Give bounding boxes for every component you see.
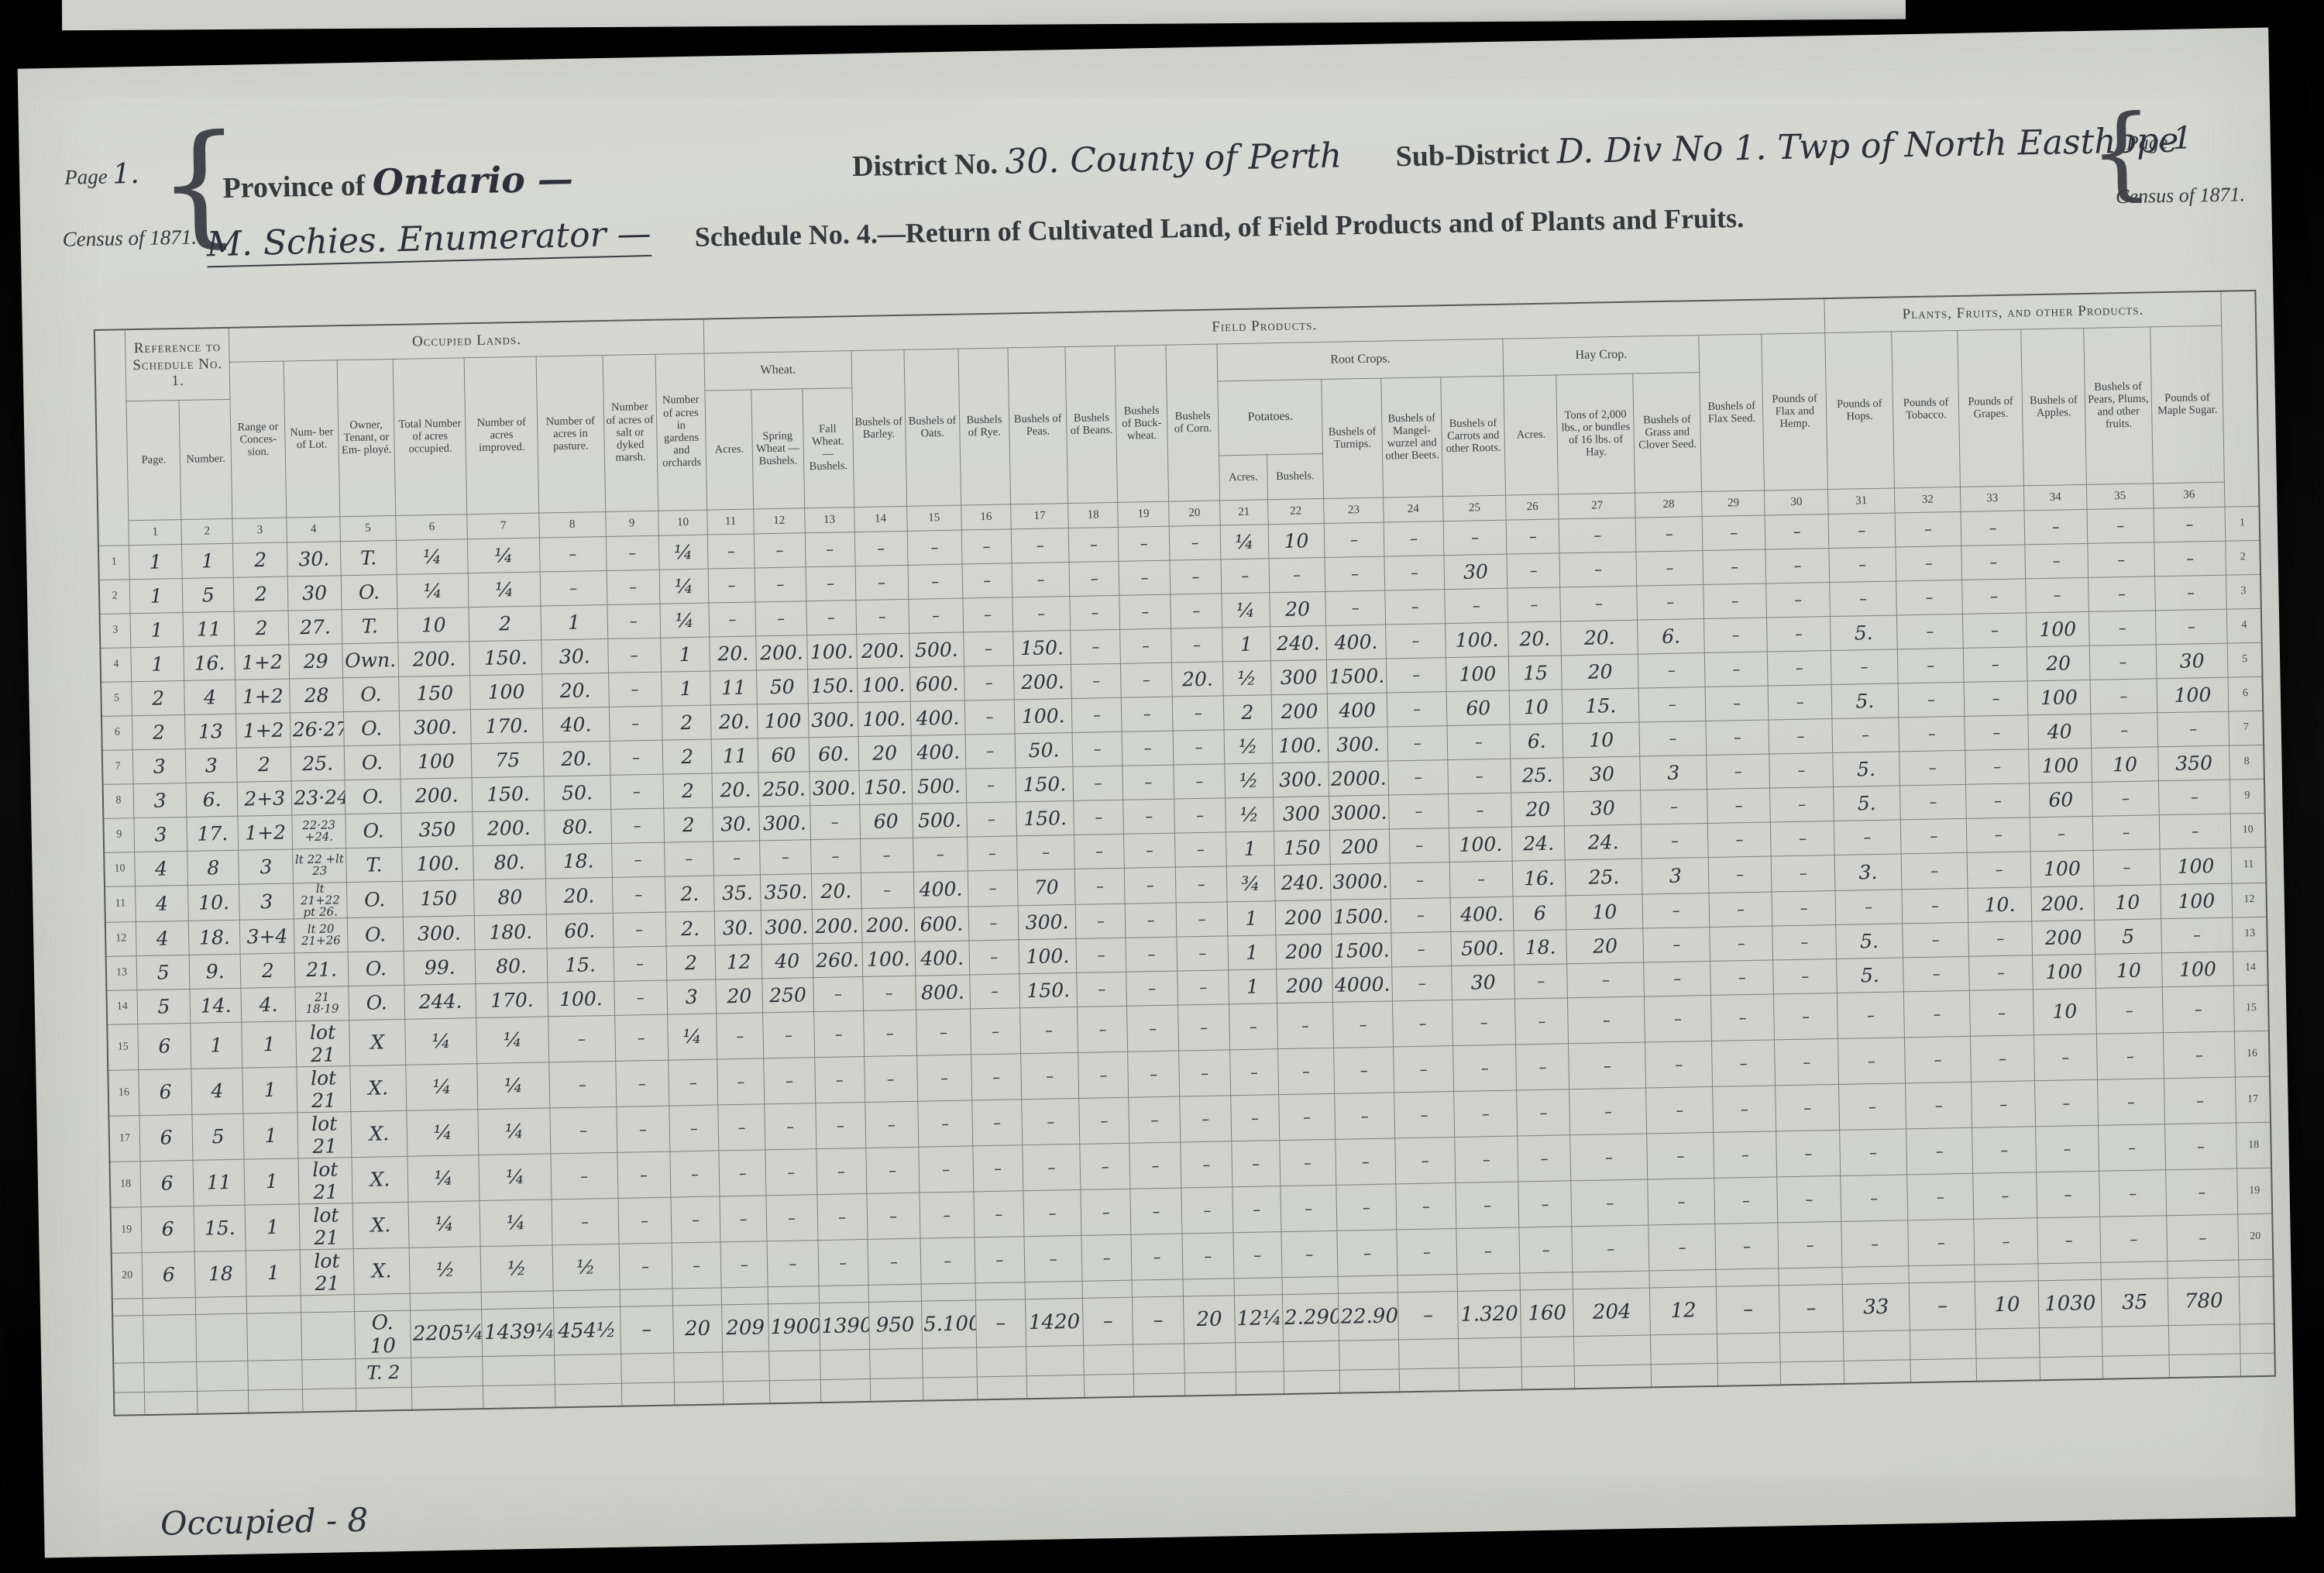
table-cell: 3	[1640, 755, 1707, 790]
table-cell	[482, 1290, 554, 1309]
table-cell: ½	[1222, 660, 1270, 695]
header-flax-hemp: Pounds of Flax and Hemp.	[1762, 332, 1827, 490]
table-cell: –	[1130, 1188, 1182, 1234]
table-cell: –	[1906, 1127, 1973, 1175]
table-cell: –	[1452, 999, 1515, 1045]
row-number-right: 3	[2226, 574, 2261, 609]
table-cell	[2038, 1262, 2102, 1280]
table-cell: 20	[1566, 928, 1644, 964]
table-cell: 6	[141, 1206, 194, 1252]
table-cell: –	[1709, 891, 1772, 926]
table-cell: 50	[756, 669, 808, 704]
table-cell	[554, 1354, 621, 1385]
table-cell	[1133, 1343, 1185, 1373]
table-cell: –	[1702, 515, 1765, 550]
table-cell: –	[1078, 1052, 1129, 1098]
table-cell: –	[1020, 1052, 1079, 1099]
table-cell: –	[1643, 927, 1710, 962]
table-cell	[1910, 1329, 1976, 1360]
table-cell: O. 10	[354, 1310, 411, 1358]
table-cell: 18.	[545, 843, 612, 879]
table-cell	[301, 1294, 355, 1312]
table-cell: 4	[136, 921, 189, 955]
table-cell: 30	[1564, 790, 1642, 826]
table-cell: –	[2161, 917, 2233, 953]
table-cell: –	[1334, 1046, 1394, 1093]
table-cell: 2.290	[1282, 1293, 1339, 1341]
table-cell: 30.	[287, 541, 341, 576]
table-cell: 60.	[546, 913, 614, 948]
header-root-group: Root Crops.	[1217, 339, 1504, 381]
table-cell	[621, 1353, 674, 1383]
table-cell: 3	[239, 848, 294, 883]
table-cell: –	[1567, 962, 1645, 998]
table-cell: 200	[1271, 694, 1328, 728]
column-number: 8	[539, 511, 606, 538]
table-cell: –	[1895, 511, 1962, 547]
column-number: 27	[1559, 493, 1635, 519]
table-cell: –	[1896, 614, 1964, 649]
table-cell	[673, 1351, 724, 1382]
table-cell: 6.	[1638, 618, 1705, 654]
table-cell: 100	[2028, 748, 2092, 783]
table-cell: 15.	[194, 1205, 246, 1251]
table-cell: 1+2	[238, 814, 293, 849]
table-cell: –	[1397, 1291, 1458, 1339]
table-cell: –	[1133, 1296, 1184, 1344]
province-label: Province of	[222, 170, 366, 205]
table-cell: ¼	[476, 1016, 548, 1063]
table-cell: ¼	[480, 1199, 552, 1246]
column-number: 21	[1220, 499, 1268, 525]
table-cell: –	[1449, 793, 1512, 828]
table-cell: 1	[245, 1203, 300, 1250]
table-cell: –	[1559, 518, 1637, 553]
table-cell: 3.	[1834, 853, 1902, 890]
table-cell: –	[1389, 828, 1449, 862]
table-cell: –	[861, 872, 914, 908]
table-cell: 18.	[1514, 929, 1567, 964]
table-cell: 10	[1563, 722, 1640, 758]
row-number-left: 1	[98, 545, 129, 580]
table-cell: –	[1171, 593, 1222, 628]
column-number: 22	[1267, 498, 1324, 524]
table-cell	[1457, 1273, 1521, 1291]
table-cell: 5	[2095, 918, 2162, 954]
schedule-4-table: Reference to Schedule No. 1. Occupied La…	[94, 290, 2276, 1416]
table-cell: 25.	[291, 745, 345, 780]
table-cell: 200	[1275, 900, 1332, 935]
column-number: 2	[181, 518, 233, 544]
table-cell	[975, 1282, 1025, 1299]
table-cell: 30	[2156, 643, 2228, 679]
row-number-right: 20	[2238, 1213, 2273, 1260]
table-cell: –	[918, 1145, 973, 1192]
table-cell: 2	[240, 952, 295, 987]
table-cell: 1	[131, 646, 184, 681]
enumerator-signature: M. Schies. Enumerator —	[206, 214, 651, 268]
table-cell: 16.	[1512, 859, 1566, 896]
table-cell: –	[1011, 528, 1070, 563]
table-cell: –	[1384, 521, 1444, 556]
table-cell: 300.	[761, 909, 813, 944]
table-cell: –	[806, 566, 856, 601]
table-cell: –	[816, 1148, 867, 1194]
table-cell: 244.	[404, 983, 476, 1019]
table-cell: –	[860, 838, 913, 873]
table-cell: 300.	[1018, 904, 1077, 939]
table-cell: 2.	[665, 910, 716, 945]
table-cell: –	[814, 1056, 865, 1103]
table-cell: –	[2159, 814, 2231, 849]
table-cell	[144, 1361, 198, 1392]
table-cell: –	[1899, 784, 1967, 820]
table-cell: –	[2095, 986, 2163, 1034]
table-cell: –	[1963, 612, 2027, 647]
table-cell: 80.	[473, 844, 545, 879]
table-cell: O.	[345, 813, 401, 848]
table-cell: –	[1829, 546, 1896, 582]
table-cell: –	[1772, 924, 1836, 959]
table-cell: –	[1177, 935, 1229, 970]
table-cell: –	[817, 1193, 868, 1240]
table-cell: –	[1965, 714, 2028, 749]
row-number-left: 8	[103, 783, 134, 818]
table-cell: –	[1772, 890, 1835, 925]
table-cell	[1573, 1270, 1649, 1289]
table-cell: –	[1232, 1186, 1281, 1232]
table-cell	[1282, 1276, 1339, 1294]
table-cell: –	[961, 528, 1012, 563]
table-cell: ½	[1224, 728, 1272, 763]
table-cell: –	[1901, 852, 1968, 890]
table-cell	[1716, 1268, 1779, 1286]
table-cell	[303, 1388, 356, 1412]
column-number: 17	[1010, 503, 1068, 528]
table-cell: –	[1515, 997, 1569, 1044]
table-cell: –	[970, 973, 1020, 1008]
table-cell: –	[1022, 1144, 1081, 1190]
table-cell: –	[1076, 938, 1126, 972]
table-cell: –	[1387, 691, 1447, 726]
table-cell	[722, 1286, 768, 1304]
district-label: District No.	[852, 148, 999, 183]
table-cell: O.	[346, 881, 403, 917]
table-cell: 300	[1273, 796, 1329, 831]
table-cell: ¼	[408, 1200, 480, 1248]
table-cell: –	[1707, 753, 1770, 788]
table-cell: –	[1560, 586, 1638, 621]
table-cell: –	[1770, 786, 1834, 821]
table-cell: –	[1648, 1224, 1716, 1271]
table-cell: –	[1182, 1232, 1234, 1279]
table-cell: –	[1171, 627, 1223, 662]
table-header: Reference to Schedule No. 1. Occupied La…	[95, 291, 2260, 546]
table-cell: –	[1397, 1228, 1457, 1275]
table-cell: –	[975, 1236, 1025, 1282]
table-cell: 6	[140, 1160, 194, 1206]
row-number-right: 14	[2233, 951, 2268, 986]
table-cell: 100.	[402, 845, 474, 881]
row-number-left: 6	[101, 715, 132, 750]
table-cell: –	[1965, 749, 2029, 783]
table-body: 111230.T.¼¼––¼––––––––––¼10–––––––––––––…	[98, 506, 2275, 1416]
table-cell	[1977, 1357, 2040, 1381]
header-marsh: Number of acres of salt or dyked marsh.	[603, 354, 658, 511]
table-cell: –	[1324, 522, 1384, 557]
table-cell	[672, 1287, 722, 1305]
table-cell: –	[1712, 1039, 1776, 1086]
table-cell	[1975, 1263, 2038, 1281]
table-cell	[1909, 1265, 1975, 1283]
page-value-handwritten: 1.	[112, 158, 139, 191]
table-cell: –	[550, 1107, 617, 1154]
page-right: Page 1	[2126, 120, 2192, 157]
table-cell: 3000.	[1329, 795, 1390, 830]
table-cell: –	[908, 564, 963, 599]
table-cell	[769, 1379, 820, 1403]
table-cell: –	[2155, 609, 2227, 645]
table-cell: 35	[2101, 1278, 2168, 1327]
table-cell: –	[709, 567, 755, 602]
table-cell	[1976, 1327, 2040, 1358]
table-cell: ¼	[477, 1062, 549, 1109]
table-cell: 100	[2157, 677, 2229, 713]
table-cell: –	[1900, 818, 1968, 854]
table-cell: 11	[183, 611, 235, 646]
table-cell: –	[1646, 1086, 1714, 1134]
table-cell: 200	[2032, 920, 2095, 955]
table-cell: 150.	[858, 769, 912, 804]
table-cell: –	[1572, 1224, 1649, 1272]
table-cell: –	[1904, 1036, 1972, 1083]
table-cell: 500.	[909, 632, 964, 667]
header-hay-acres: Acres.	[1504, 374, 1559, 494]
column-number: 29	[1702, 490, 1765, 516]
table-cell: –	[1180, 1095, 1232, 1141]
table-cell: 1	[660, 637, 710, 672]
table-cell: –	[1966, 783, 2030, 817]
table-cell: –	[754, 532, 806, 567]
table-cell: –	[610, 808, 664, 843]
header-improved: Number of acres improved.	[465, 356, 539, 515]
header-grapes: Pounds of Grapes.	[1958, 329, 2023, 486]
adjacent-page-edge	[62, 0, 1906, 30]
table-cell: 30.	[713, 806, 759, 841]
header-maple: Pounds of Maple Sugar.	[2150, 325, 2225, 484]
header-tobacco: Pounds of Tobacco.	[1892, 330, 1961, 488]
table-cell: 250	[762, 977, 814, 1012]
table-cell: –	[1386, 623, 1446, 658]
table-cell: –	[1232, 1140, 1281, 1186]
table-cell: ¾	[1226, 865, 1274, 901]
table-cell	[145, 1391, 198, 1415]
table-cell: –	[1766, 582, 1830, 617]
table-cell: 15.	[547, 947, 614, 983]
table-cell: 18.	[189, 920, 241, 955]
table-cell: 200	[1275, 934, 1332, 969]
table-cell: 80.	[476, 948, 548, 983]
table-cell: ½	[409, 1246, 481, 1293]
table-cell: –	[1076, 904, 1126, 938]
table-cell: 6.	[1510, 723, 1563, 758]
table-cell: 1500.	[1332, 932, 1392, 967]
table-cell: 15.	[1563, 688, 1640, 724]
table-cell: –	[916, 1008, 971, 1055]
table-cell: –	[862, 976, 916, 1010]
header-pot-acres: Acres.	[1219, 454, 1268, 500]
table-cell	[555, 1383, 621, 1408]
table-cell: –	[1716, 1285, 1779, 1333]
table-cell: 600.	[914, 906, 969, 941]
table-cell: –	[1024, 1235, 1083, 1282]
table-cell	[2102, 1325, 2168, 1356]
header-potatoes-group: Potatoes.	[1218, 379, 1323, 455]
table-cell: 15	[1509, 655, 1563, 690]
table-cell: –	[1072, 731, 1122, 766]
table-cell: 1	[1227, 900, 1275, 935]
table-cell: 1439¼	[482, 1307, 554, 1356]
table-cell: –	[1972, 1126, 2036, 1172]
table-cell	[411, 1356, 483, 1387]
table-cell: 80.	[545, 809, 612, 845]
column-number: 4	[287, 516, 340, 542]
column-number: 32	[1894, 487, 1961, 513]
table-cell: –	[1964, 646, 2027, 681]
table-cell: –	[1278, 1093, 1336, 1140]
table-cell: –	[1336, 1138, 1396, 1184]
table-cell: –	[2037, 1217, 2101, 1263]
table-cell	[868, 1284, 922, 1302]
table-cell: –	[816, 1102, 866, 1148]
table-cell: –	[1170, 559, 1222, 594]
table-cell: –	[1179, 1049, 1231, 1096]
table-cell: –	[1453, 1045, 1517, 1091]
province-line: Province of Ontario —	[222, 158, 573, 206]
table-cell	[197, 1361, 249, 1391]
table-cell: –	[2099, 1124, 2166, 1171]
table-cell: –	[767, 1240, 819, 1286]
table-cell: 75	[472, 742, 544, 778]
table-cell: –	[1518, 1180, 1572, 1227]
table-cell: 17.	[187, 816, 239, 851]
table-cell: –	[1181, 1141, 1232, 1187]
table-cell	[922, 1347, 977, 1377]
table-cell: 20.	[710, 635, 756, 670]
row-number-left	[112, 1298, 143, 1316]
table-cell	[1651, 1334, 1717, 1365]
table-cell: –	[1714, 1131, 1777, 1177]
table-cell: lt 20 21+26	[294, 917, 348, 952]
table-cell: 60	[2029, 782, 2092, 817]
table-cell: –	[671, 1196, 721, 1242]
table-cell	[553, 1289, 620, 1308]
table-cell: –	[1775, 1038, 1839, 1085]
header-total-acres: Total Number of acres occupied.	[393, 357, 467, 515]
table-cell: –	[1392, 965, 1452, 1000]
table-cell: –	[916, 1054, 971, 1100]
table-cell: 100.	[1272, 728, 1329, 762]
table-cell: –	[2090, 678, 2157, 714]
row-number-right: 17	[2236, 1076, 2271, 1123]
table-cell	[1082, 1280, 1132, 1298]
row-number-left: 15	[107, 1024, 139, 1070]
table-cell	[1236, 1371, 1284, 1395]
table-cell: –	[1516, 1043, 1569, 1089]
column-number: 15	[906, 505, 961, 531]
table-cell	[2040, 1356, 2103, 1380]
table-cell: –	[1973, 1172, 2037, 1218]
table-cell: 100.	[1449, 827, 1512, 862]
table-cell: 180.	[475, 914, 547, 949]
table-cell	[1234, 1277, 1282, 1295]
table-cell: –	[964, 665, 1014, 700]
table-cell: ¼	[658, 535, 709, 570]
table-cell	[1779, 1267, 1842, 1285]
table-cell: 200.	[812, 908, 862, 943]
table-cell: –	[1710, 959, 1774, 994]
table-cell	[870, 1378, 923, 1402]
row-number-left	[114, 1392, 145, 1416]
table-cell: –	[1070, 595, 1120, 630]
table-cell: ¼	[479, 1153, 551, 1200]
table-cell: –	[1769, 752, 1833, 787]
column-number: 28	[1635, 491, 1702, 518]
table-cell: 14.	[190, 988, 242, 1023]
table-cell: 2000.	[1329, 761, 1389, 796]
table-cell: X.	[352, 1202, 410, 1248]
table-cell: 200	[1276, 968, 1332, 1003]
table-cell: –	[1710, 993, 1774, 1040]
table-cell: 100	[2030, 850, 2094, 886]
table-cell: 3+4	[239, 918, 294, 953]
table-cell: –	[614, 1014, 668, 1061]
page-right-label: Page	[2126, 131, 2168, 154]
table-cell: –	[1172, 695, 1224, 730]
table-cell: –	[1126, 937, 1177, 972]
row-number-left: 14	[106, 990, 137, 1024]
table-cell: –	[2034, 1079, 2098, 1126]
table-cell: –	[1517, 1089, 1570, 1135]
table-cell: –	[1831, 649, 1898, 684]
table-cell: 1900	[768, 1303, 820, 1351]
row-number-left: 17	[108, 1115, 140, 1162]
table-cell: –	[1119, 594, 1171, 629]
table-cell: 300	[1270, 659, 1327, 694]
table-cell: O.	[344, 745, 401, 780]
table-cell: –	[1778, 1221, 1842, 1268]
column-number: 30	[1765, 489, 1828, 515]
table-cell: 2	[1223, 694, 1271, 729]
table-cell: 2	[233, 577, 288, 611]
table-cell: –	[1131, 1233, 1183, 1279]
table-cell: –	[967, 801, 1017, 836]
table-cell: ¼	[407, 1109, 479, 1156]
table-cell	[768, 1286, 819, 1303]
table-cell: –	[2089, 610, 2157, 645]
table-cell	[2168, 1260, 2240, 1279]
table-cell: lot 21	[297, 1111, 351, 1158]
right-rownum-header	[2221, 291, 2259, 507]
table-cell: –	[548, 1015, 615, 1062]
table-cell: –	[1281, 1231, 1338, 1277]
table-cell: 100.	[806, 634, 857, 669]
header-wheat-acres: Acres.	[705, 390, 753, 510]
table-cell: –	[669, 1104, 719, 1151]
table-cell: 10	[2095, 952, 2163, 988]
table-cell: –	[713, 840, 760, 875]
table-cell	[1521, 1365, 1575, 1389]
